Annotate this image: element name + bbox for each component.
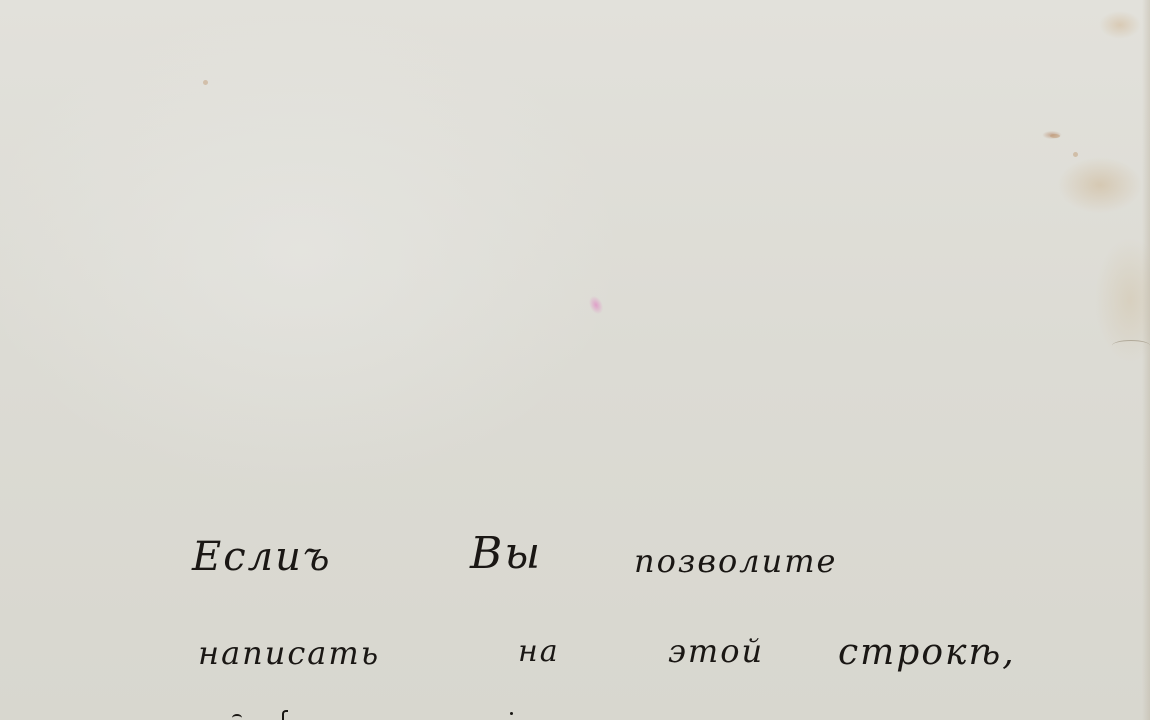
word: строкѣ, [838, 632, 1016, 673]
word: написать [198, 634, 380, 672]
ink-stroke [232, 714, 242, 720]
handwritten-line-2: написать на этой строкѣ, [198, 630, 1028, 700]
word: на [518, 634, 560, 669]
partial-handwritten-line-3 [200, 708, 1020, 720]
foxing-spot [203, 80, 208, 85]
handwritten-line-1: Еслиъ Вы позволите [192, 528, 952, 588]
paper-right-edge [1142, 0, 1150, 720]
ink-stroke [510, 712, 513, 715]
word: Еслиъ [192, 534, 332, 580]
word: Вы [470, 528, 542, 579]
ink-stroke [282, 710, 288, 720]
word: этой [668, 632, 764, 670]
foxing-spot [1073, 152, 1078, 157]
aged-paper-sheet [0, 0, 1150, 720]
paper-tear-mark [1112, 340, 1150, 351]
word: позволите [634, 542, 837, 580]
foxing-spot [1050, 134, 1060, 138]
